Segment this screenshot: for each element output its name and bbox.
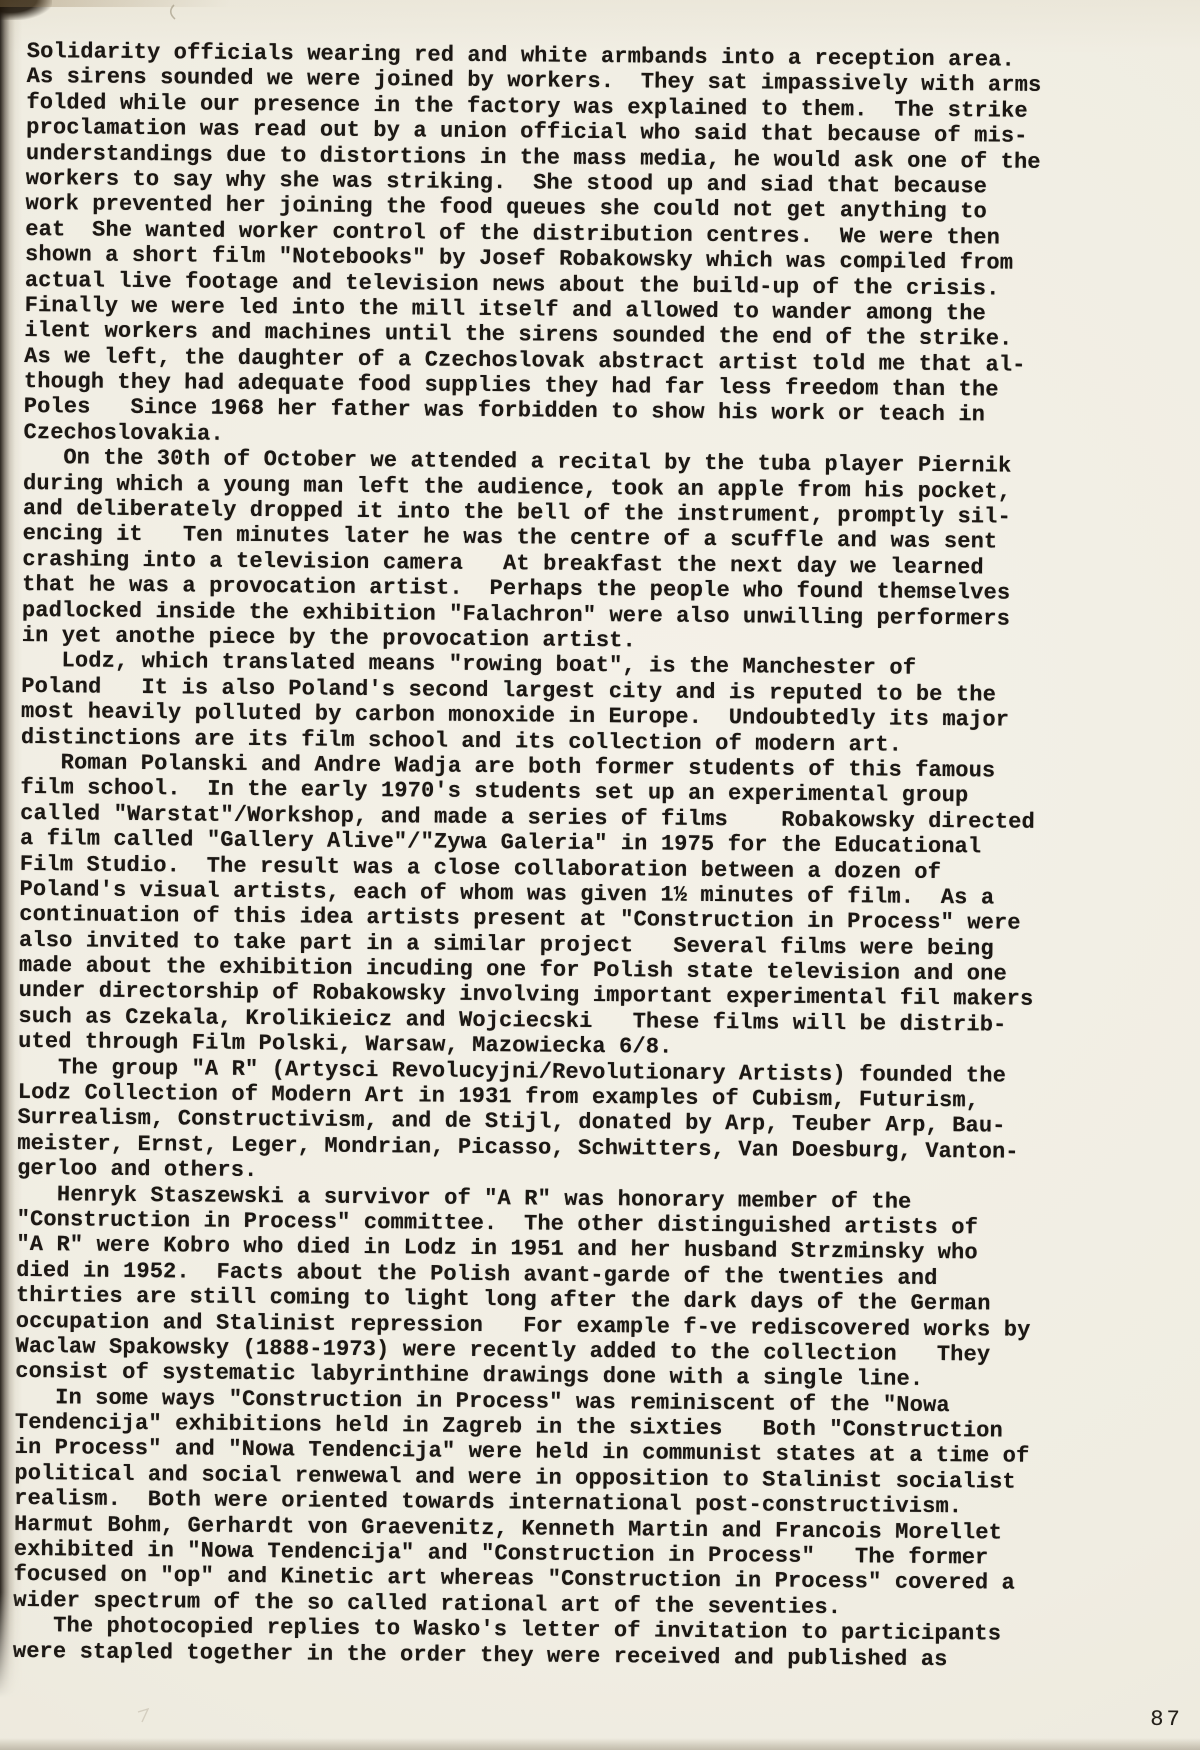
scanned-page: Solidarity officials wearing red and whi… [0, 0, 1200, 1750]
pencil-mark [171, 5, 175, 19]
pencil-mark [138, 1709, 148, 1722]
pencil-marks [0, 0, 1200, 1750]
